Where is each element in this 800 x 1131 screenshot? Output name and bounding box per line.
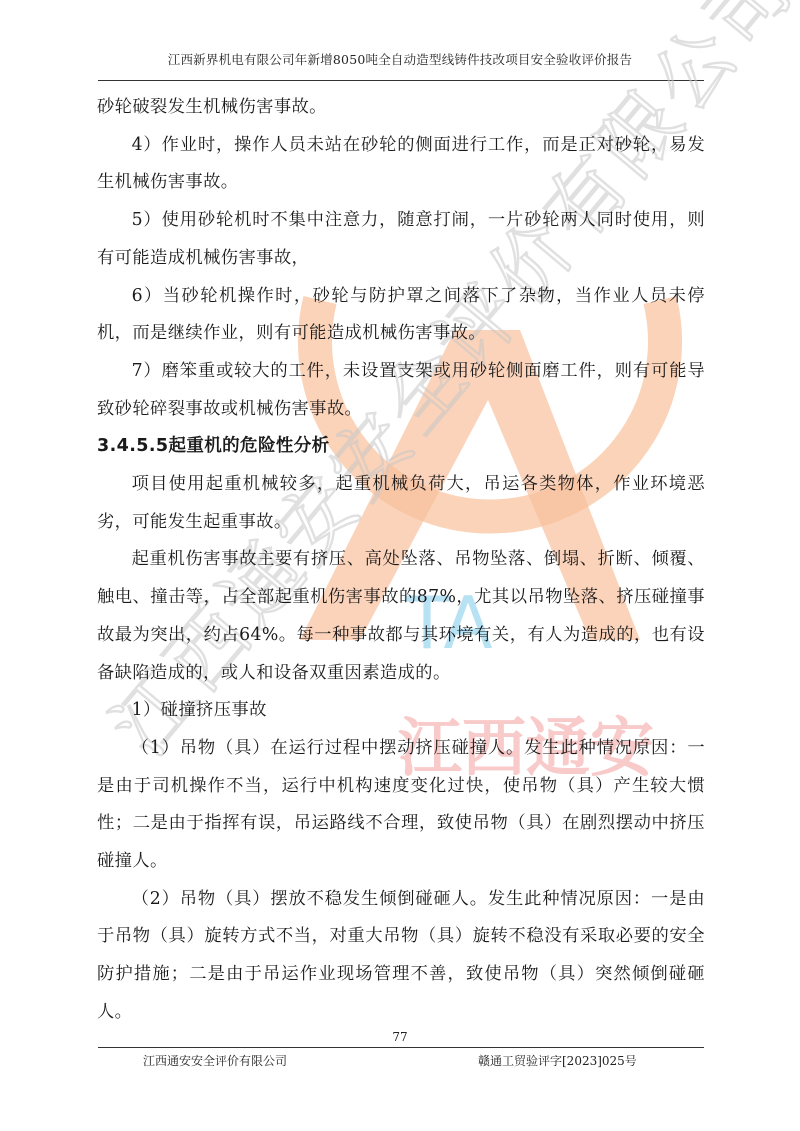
list-item-heading: 1）碰撞挤压事故 (97, 692, 705, 730)
page-number: 77 (0, 1030, 800, 1044)
paragraph: 6）当砂轮机操作时，砂轮与防护罩之间落下了杂物，当作业人员未停机，而是继续作业，… (97, 278, 705, 353)
paragraph: （1）吊物（具）在运行过程中摆动挤压碰撞人。发生此种情况原因：一是由于司机操作不… (97, 730, 705, 881)
document-body: 砂轮破裂发生机械伤害事故。 4）作业时，操作人员未站在砂轮的侧面进行工作，而是正… (97, 89, 705, 1032)
header-divider (98, 80, 704, 81)
paragraph: 起重机伤害事故主要有挤压、高处坠落、吊物坠落、倒塌、折断、倾覆、触电、撞击等，占… (97, 541, 705, 692)
paragraph: 7）磨笨重或较大的工件，未设置支架或用砂轮侧面磨工件，则有可能导致砂轮碎裂事故或… (97, 353, 705, 428)
document-page: 江西新界机电有限公司年新增8050吨全自动造型线铸件技改项目安全验收评价报告 T… (0, 0, 800, 1131)
paragraph: （2）吊物（具）摆放不稳发生倾倒碰砸人。发生此种情况原因：一是由于吊物（具）旋转… (97, 881, 705, 1032)
footer-company: 江西通安安全评价有限公司 (143, 1052, 287, 1069)
section-heading: 3.4.5.5起重机的危险性分析 (97, 428, 705, 466)
footer-divider (98, 1047, 704, 1048)
paragraph: 项目使用起重机械较多，起重机械负荷大，吊运各类物体，作业环境恶劣，可能发生起重事… (97, 466, 705, 541)
running-header-title: 江西新界机电有限公司年新增8050吨全自动造型线铸件技改项目安全验收评价报告 (0, 50, 800, 68)
paragraph: 砂轮破裂发生机械伤害事故。 (97, 89, 705, 127)
paragraph: 4）作业时，操作人员未站在砂轮的侧面进行工作，而是正对砂轮，易发生机械伤害事故。 (97, 127, 705, 202)
paragraph: 5）使用砂轮机时不集中注意力，随意打闹，一片砂轮两人同时使用，则有可能造成机械伤… (97, 202, 705, 277)
footer-document-number: 赣通工贸验评字[2023]025号 (478, 1052, 637, 1069)
